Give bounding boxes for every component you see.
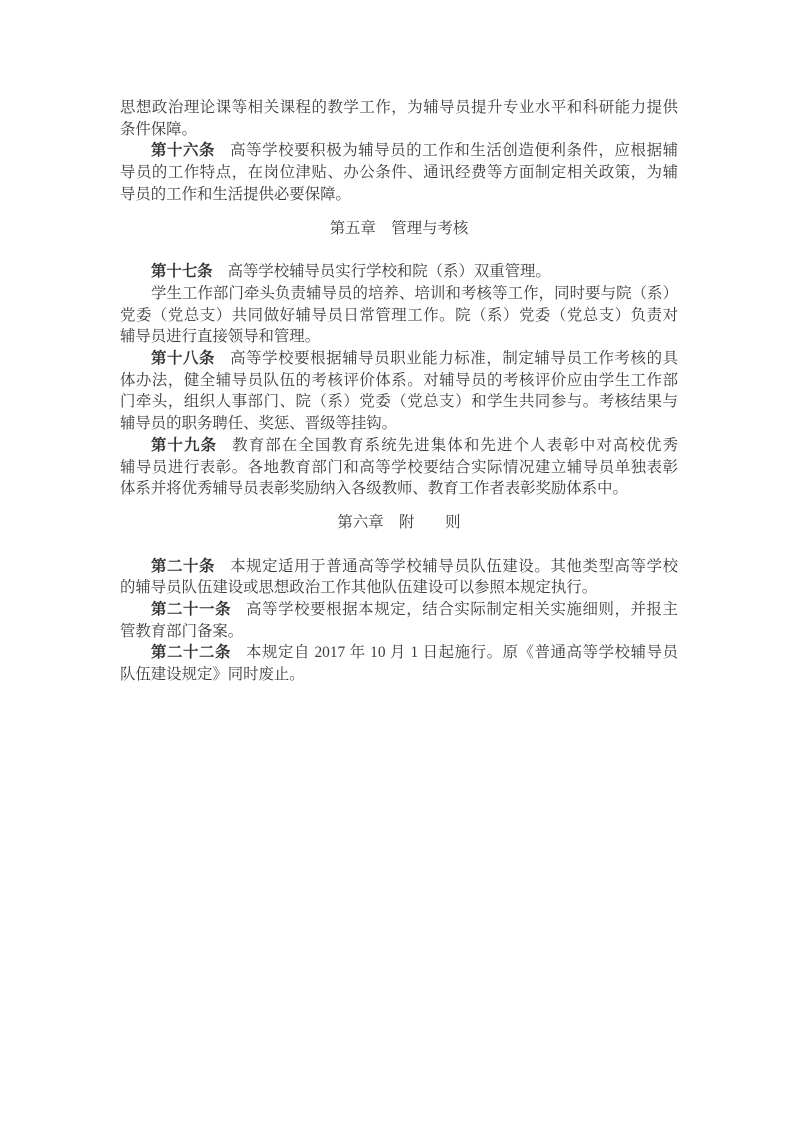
- text-line: 辅导员进行表彰。各地教育部门和高等学校要结合实际情况建立辅导员单独表彰: [120, 457, 678, 479]
- line-text: 辅导员的职务聘任、奖惩、晋级等挂钩。: [120, 415, 397, 432]
- article-21-number: 第二十一条: [151, 601, 231, 618]
- text-line: 导员的工作特点，在岗位津贴、办公条件、通讯经费等方面制定相关政策，为辅: [120, 162, 678, 184]
- line-text: 门牵头，组织人事部门、院（系）党委（党总支）和学生共同参与。考核结果与: [120, 393, 678, 410]
- line-text: 教育部在全国教育系统先进集体和先进个人表彰中对高校优秀: [232, 437, 678, 454]
- text-line: 导员的工作和生活提供必要保障。: [120, 184, 678, 206]
- line-text: 本规定适用于普通高等学校辅导员队伍建设。其他类型高等学校: [230, 558, 678, 575]
- text-line: 条件保障。: [120, 119, 678, 141]
- text-line: 学生工作部门牵头负责辅导员的培养、培训和考核等工作，同时要与院（系）: [120, 283, 678, 305]
- line-text: 管教育部门备案。: [120, 623, 243, 640]
- document-page: 思想政治理论课等相关课程的教学工作，为辅导员提升专业水平和科研能力提供 条件保障…: [0, 0, 793, 1122]
- document-text-block: 思想政治理论课等相关课程的教学工作，为辅导员提升专业水平和科研能力提供 条件保障…: [120, 97, 678, 686]
- line-text: 学生工作部门牵头负责辅导员的培养、培训和考核等工作，同时要与院（系）: [151, 285, 678, 302]
- text-line: 管教育部门备案。: [120, 621, 678, 643]
- line-text: 高等学校辅导员实行学校和院（系）双重管理。: [228, 263, 551, 280]
- line-text: 队伍建设规定》同时废止。: [120, 666, 305, 683]
- text-line: 辅导员的职务聘任、奖惩、晋级等挂钩。: [120, 413, 678, 435]
- line-text: 高等学校要积极为辅导员的工作和生活创造便利条件，应根据辅: [230, 142, 678, 159]
- line-text: 的辅导员队伍建设或思想政治工作其他队伍建设可以参照本规定执行。: [120, 579, 597, 596]
- text-line: 第二十二条本规定自 2017 年 10 月 1 日起施行。原《普通高等学校辅导员: [120, 642, 678, 664]
- line-text: 条件保障。: [120, 121, 197, 138]
- line-text: 辅导员进行直接领导和管理。: [120, 328, 320, 345]
- article-20-number: 第二十条: [151, 558, 215, 575]
- line-text: 辅导员进行表彰。各地教育部门和高等学校要结合实际情况建立辅导员单独表彰: [120, 459, 678, 476]
- line-text: 导员的工作和生活提供必要保障。: [120, 186, 351, 203]
- text-line: 第十九条教育部在全国教育系统先进集体和先进个人表彰中对高校优秀: [120, 435, 678, 457]
- text-line: 门牵头，组织人事部门、院（系）党委（党总支）和学生共同参与。考核结果与: [120, 391, 678, 413]
- text-line: 第十八条高等学校要根据辅导员职业能力标准，制定辅导员工作考核的具: [120, 348, 678, 370]
- line-text: 本规定自 2017 年 10 月 1 日起施行。原《普通高等学校辅导员: [246, 644, 678, 661]
- text-line: 辅导员进行直接领导和管理。: [120, 326, 678, 348]
- line-text: 导员的工作特点，在岗位津贴、办公条件、通讯经费等方面制定相关政策，为辅: [120, 164, 678, 181]
- text-line: 第二十一条高等学校要根据本规定，结合实际制定相关实施细则，并报主: [120, 599, 678, 621]
- article-16-number: 第十六条: [151, 142, 215, 159]
- chapter-5-heading: 第五章 管理与考核: [120, 218, 678, 240]
- text-line: 党委（党总支）共同做好辅导员日常管理工作。院（系）党委（党总支）负责对: [120, 305, 678, 327]
- text-line: 队伍建设规定》同时废止。: [120, 664, 678, 686]
- line-text: 体系并将优秀辅导员表彰奖励纳入各级教师、教育工作者表彰奖励体系中。: [120, 480, 628, 497]
- line-text: 高等学校要根据辅导员职业能力标准，制定辅导员工作考核的具: [230, 350, 678, 367]
- text-line: 第二十条本规定适用于普通高等学校辅导员队伍建设。其他类型高等学校: [120, 556, 678, 578]
- line-text: 高等学校要根据本规定，结合实际制定相关实施细则，并报主: [246, 601, 678, 618]
- line-text: 思想政治理论课等相关课程的教学工作，为辅导员提升专业水平和科研能力提供: [120, 99, 678, 116]
- text-line: 体办法，健全辅导员队伍的考核评价体系。对辅导员的考核评价应由学生工作部: [120, 370, 678, 392]
- text-line: 的辅导员队伍建设或思想政治工作其他队伍建设可以参照本规定执行。: [120, 577, 678, 599]
- article-17-number: 第十七条: [151, 263, 213, 280]
- text-line: 第十六条高等学校要积极为辅导员的工作和生活创造便利条件，应根据辅: [120, 140, 678, 162]
- line-text: 党委（党总支）共同做好辅导员日常管理工作。院（系）党委（党总支）负责对: [120, 307, 678, 324]
- article-18-number: 第十八条: [151, 350, 215, 367]
- text-line: 思想政治理论课等相关课程的教学工作，为辅导员提升专业水平和科研能力提供: [120, 97, 678, 119]
- article-19-number: 第十九条: [151, 437, 217, 454]
- chapter-6-heading: 第六章 附 则: [120, 512, 678, 534]
- article-22-number: 第二十二条: [151, 644, 231, 661]
- text-line: 第十七条高等学校辅导员实行学校和院（系）双重管理。: [120, 261, 678, 283]
- text-line: 体系并将优秀辅导员表彰奖励纳入各级教师、教育工作者表彰奖励体系中。: [120, 478, 678, 500]
- line-text: 体办法，健全辅导员队伍的考核评价体系。对辅导员的考核评价应由学生工作部: [120, 372, 678, 389]
